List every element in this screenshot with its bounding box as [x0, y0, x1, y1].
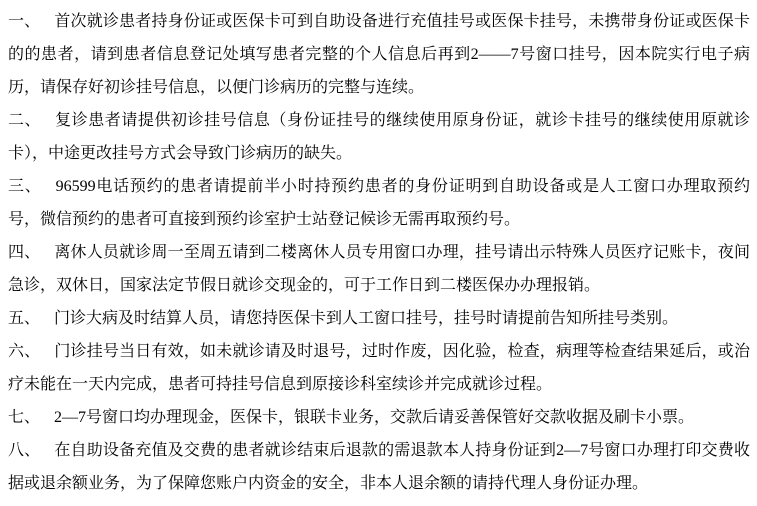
item-text: 96599电话预约的患者请提前半小时持预约患者的身份证明到自助设备或是人工窗口办… — [8, 178, 750, 228]
item-number: 一、 — [8, 13, 40, 30]
item-text: 离休人员就诊周一至周五请到二楼离休人员专用窗口办理，挂号请出示特殊人员医疗记账卡… — [8, 244, 750, 294]
notice-item-8: 八、在自助设备充值及交费的患者就诊结束后退款的需退款本人持身份证到2—7号窗口办… — [8, 434, 750, 500]
notice-item-7: 七、2—7号窗口均办理现金，医保卡，银联卡业务，交款后请妥善保管好交款收据及刷卡… — [8, 401, 750, 434]
item-number: 七、 — [8, 409, 40, 426]
item-number: 二、 — [8, 112, 41, 129]
item-text: 2—7号窗口均办理现金，医保卡，银联卡业务，交款后请妥善保管好交款收据及刷卡小票… — [54, 409, 694, 426]
item-number: 五、 — [8, 310, 40, 327]
item-number: 三、 — [8, 178, 42, 195]
item-number: 八、 — [8, 442, 40, 459]
notice-item-5: 五、门诊大病及时结算人员，请您持医保卡到人工窗口挂号，挂号时请提前告知所挂号类别… — [8, 302, 750, 335]
item-text: 复诊患者请提供初诊挂号信息（身份证挂号的继续使用原身份证，就诊卡挂号的继续使用原… — [8, 112, 750, 162]
notice-item-4: 四、离休人员就诊周一至周五请到二楼离休人员专用窗口办理，挂号请出示特殊人员医疗记… — [8, 236, 750, 302]
notice-item-3: 三、96599电话预约的患者请提前半小时持预约患者的身份证明到自助设备或是人工窗… — [8, 170, 750, 236]
item-number: 六、 — [8, 343, 40, 360]
item-text: 门诊挂号当日有效，如未就诊请及时退号，过时作废，因化验，检查，病理等检查结果延后… — [8, 343, 750, 393]
item-number: 四、 — [8, 244, 40, 261]
item-text: 在自助设备充值及交费的患者就诊结束后退款的需退款本人持身份证到2—7号窗口办理打… — [8, 442, 750, 492]
notice-item-2: 二、复诊患者请提供初诊挂号信息（身份证挂号的继续使用原身份证，就诊卡挂号的继续使… — [8, 104, 750, 170]
item-text: 首次就诊患者持身份证或医保卡可到自助设备进行充值挂号或医保卡挂号，未携带身份证或… — [8, 13, 750, 96]
item-text: 门诊大病及时结算人员，请您持医保卡到人工窗口挂号，挂号时请提前告知所挂号类别。 — [54, 310, 678, 327]
notice-item-6: 六、门诊挂号当日有效，如未就诊请及时退号，过时作废，因化验，检查，病理等检查结果… — [8, 335, 750, 401]
notice-item-1: 一、首次就诊患者持身份证或医保卡可到自助设备进行充值挂号或医保卡挂号，未携带身份… — [8, 5, 750, 104]
notice-document: 一、首次就诊患者持身份证或医保卡可到自助设备进行充值挂号或医保卡挂号，未携带身份… — [0, 0, 757, 500]
